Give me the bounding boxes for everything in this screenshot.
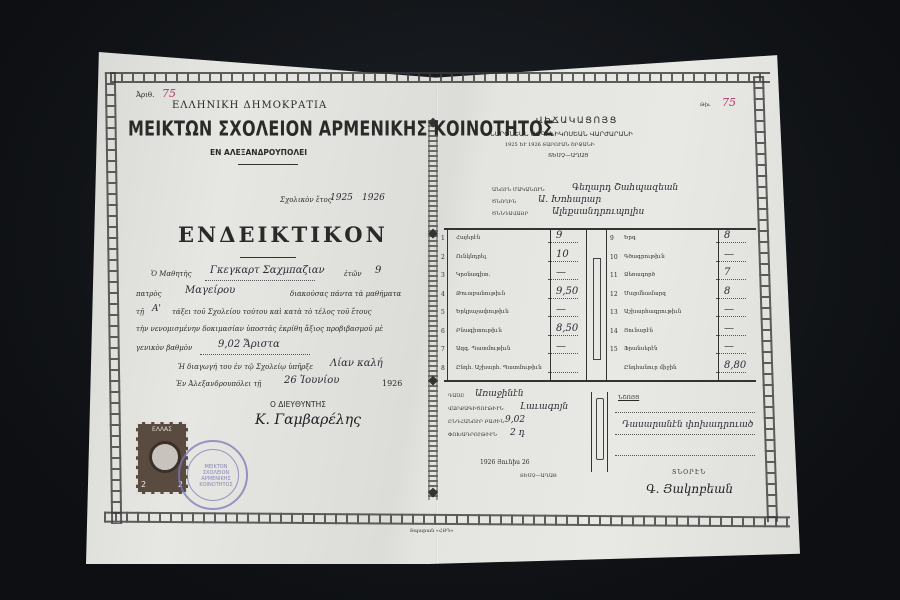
subject-name: Աշխարհագրութիւն [624, 309, 681, 315]
subject-name: Ֆրանսերէն [624, 346, 658, 352]
student-label: Ὁ Μαθητὴς [151, 270, 192, 278]
greek-number-label: Ἀριθ. [136, 91, 154, 99]
subject-name: Յունարէն [624, 328, 653, 334]
conduct-value: Λίαν καλή [330, 358, 383, 369]
arm-bottom-label: ՓՈԽԱԴՐՈՒԹԻՒՆ [448, 432, 497, 438]
school-year-label: Σχολικὸν ἔτος [280, 196, 332, 204]
subject-name: Հայերէն [456, 235, 480, 241]
school-year-from: 1925 [330, 193, 353, 203]
arm-date-sub: ՏԵՍՉ—ԱՂԱՑ [520, 473, 557, 479]
subject-grade: — [724, 323, 734, 334]
body-line-3: τὴν νενομισμένην δοκιμασίαν ὑποστὰς ἐκρί… [136, 325, 383, 333]
armenian-title: ՎԻՃԱԿԱՑՈՅՑ [536, 116, 618, 126]
armenian-section: ՏԵՍՉ—ԱՂԱՑ [548, 153, 588, 159]
subject-number: 3 [441, 272, 445, 279]
student-name: Γκεγκαρτ Σαχμπαζιαν [210, 265, 325, 276]
grade-label: γενικὸν βαθμὸν [136, 344, 192, 352]
subject-number: 6 [441, 328, 445, 335]
father-name: Μαγείρου [185, 285, 235, 296]
date-year: 1926 [382, 379, 402, 388]
diamond-ornament-icon: ◆ [426, 486, 440, 500]
arm-director-signature: Գ. Յակոբեան [646, 482, 733, 496]
conduct-label: Ἡ διαγωγή του ἐν τῷ Σχολείῳ ὑπῆρξε [178, 363, 313, 371]
subject-number: 1 [441, 235, 445, 242]
subject-grade: 7 [724, 267, 730, 278]
ornament-rule [240, 257, 296, 258]
subject-grade: — [724, 249, 734, 260]
armenian-number-value: 75 [722, 96, 736, 109]
diamond-ornament-icon: ◆ [426, 374, 440, 388]
arm-bottom-value: Լաւագոյն [520, 402, 568, 412]
subject-number: 10 [610, 254, 618, 261]
arm-notes-value: Դասարանէն փոխադրուած [622, 420, 753, 430]
school-seal: ΜΕΙΚΤΟΝ ΣΧΟΛΕΙΟΝ ΑΡΜΕΝΙΚΗΣ ΚΟΙΝΟΤΗΤΟΣ [178, 440, 248, 510]
arm-director-label: ՏՆՕՐԷՆ [672, 469, 706, 476]
stamp-portrait [149, 441, 181, 473]
age-value: 9 [375, 265, 381, 276]
subject-number: 12 [610, 291, 618, 298]
subject-name: Թուաբանութիւն [456, 291, 505, 297]
subject-name: Երկրաչափութիւն [456, 309, 509, 315]
arm-bottom-label: ԸՆԴՀԱՆՈՒՐ ԲԱԺԻՆ [448, 419, 505, 425]
diamond-ornament-icon: ◆ [426, 227, 440, 241]
column-ornament [593, 258, 601, 360]
subject-grade: — [724, 341, 734, 352]
subject-grade: 10 [556, 249, 569, 260]
subject-number: 8 [441, 365, 445, 372]
arm-field-value: Ալեքսանդրուպոլիս [552, 207, 644, 217]
greek-number-value: 75 [162, 87, 176, 100]
republic-heading: ΕΛΛΗΝΙΚΗ ΔΗΜΟΚΡΑΤΙΑ [172, 100, 327, 111]
subject-number: 9 [610, 235, 614, 242]
arm-bottom-label: ՎԱՐՔԱԳԻԾՈՒԹԻՒՆ [448, 406, 503, 412]
place-label: Ἐν Ἀλεξανδρουπόλει τῇ [176, 380, 261, 388]
class-value: Α' [152, 304, 161, 314]
grade-value: 9,02 Ἄριστα [218, 339, 280, 350]
subject-name: Ընդհ. Աշխարհ. Պատմութիւն [456, 365, 542, 371]
greek-key-border-top [110, 72, 770, 83]
subject-name: Ազգ. Պատմութիւն [456, 346, 510, 352]
chain-divider [428, 120, 438, 500]
armenian-school: ՆԱՐՕՆԵԱՆ ԱԶԳ. ՆԻԿՈՍԵԱՆ ՎԱՐԺԱՐԱՆԻ [490, 130, 633, 138]
arm-field-label: ԾՆՆԴԱՎԱՅՐ [492, 211, 528, 217]
arm-date: 1926 Յունիս 26 [480, 459, 530, 466]
class-prefix: τῇ [136, 308, 144, 316]
attended-text: διακούσας πάντα τὰ μαθήματα [290, 290, 401, 298]
arm-field-value: Գեղարդ Շահպազեան [572, 183, 678, 193]
city-heading: ΕΝ ΑΛΕΞΑΝΔΡΟΥΠΟΛΕΙ [210, 148, 307, 157]
subject-number: 11 [610, 272, 618, 279]
subject-number: 2 [441, 254, 445, 261]
subject-name: Երգ [624, 235, 636, 241]
subject-grade: 8,50 [556, 323, 578, 334]
subject-number: 5 [441, 309, 445, 316]
subject-name: Ձեռագործ [624, 272, 655, 278]
subject-name: Կրօնագիտ. [456, 272, 490, 278]
subject-name: Բնագիտութիւն [456, 328, 502, 334]
subject-grade: — [724, 304, 734, 315]
subject-number: 7 [441, 346, 445, 353]
date-value: 26 Ἰουνίου [284, 375, 339, 386]
document-title: ΕΝΔΕΙΚΤΙΚΟΝ [178, 222, 388, 247]
armenian-year-line: 1925 ԵՒ 1926 ՏԱՐՈՒԱՆ ՇՐՋԱՆԻ [505, 142, 594, 148]
director-label: Ο ΔΙΕΥΘΥΝΤΗΣ [270, 400, 326, 409]
subject-grade: — [556, 341, 566, 352]
father-label: πατρὸς [136, 290, 161, 298]
subject-grade: — [556, 304, 566, 315]
column-ornament [596, 398, 604, 460]
arm-field-label: ԱՆՈՒՆ ՄԱԿԱՆՈՒՆ [492, 187, 544, 193]
subject-number: 13 [610, 309, 618, 316]
subject-name: Ունկնդրել [456, 254, 486, 260]
armenian-number-label: Թիւ [700, 102, 710, 108]
subject-grade: 8 [724, 230, 730, 241]
stamp-country: ΕΛΛΑΣ [138, 426, 186, 433]
subject-name: Մարմնամարզ [624, 291, 666, 297]
subject-grade: 9 [556, 230, 562, 241]
subject-name: Ընդհանուր միջին [624, 365, 677, 371]
director-signature: Κ. Γαμβαρέλης [255, 412, 361, 428]
subject-number: 15 [610, 346, 618, 353]
body-line-2: τάξει τοῦ Σχολείου τούτου καὶ κατὰ τὸ τέ… [172, 308, 371, 316]
subject-grade: — [556, 267, 566, 278]
arm-bottom-value: 2 դ [510, 428, 525, 438]
arm-notes-label: ՆՇՈՅՑ [618, 395, 639, 401]
school-year-to: 1926 [362, 193, 385, 203]
subject-number: 14 [610, 328, 618, 335]
subject-grade: 9,50 [556, 286, 578, 297]
arm-bottom-value: 9,02 [505, 415, 525, 425]
printer-mark: Տպարան «ՀՅԴ» [410, 528, 454, 534]
arm-field-label: ԾՆՈՂԻՆ [492, 199, 516, 205]
subject-name: Գծագրութիւն [624, 254, 665, 260]
arm-bottom-label: ԴԱՍԸ [448, 393, 464, 399]
ornament-rule [238, 164, 298, 165]
subject-grade: 8 [724, 286, 730, 297]
subject-number: 4 [441, 291, 445, 298]
arm-field-value: Ա. Խոհարար [538, 195, 601, 205]
arm-bottom-value: Առաջինէն [475, 389, 524, 399]
age-label: ἐτῶν [344, 270, 362, 278]
subject-grade: 8,80 [724, 360, 746, 371]
